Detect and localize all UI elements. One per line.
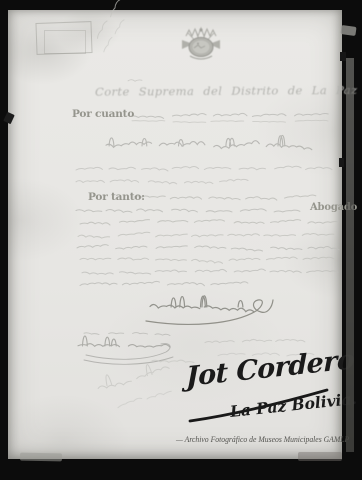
handwriting-line: [130, 113, 328, 118]
handwriting-line: [95, 0, 121, 38]
handwriting-line: [150, 296, 254, 312]
dark-fleck: [340, 52, 346, 61]
handwriting-line: [106, 135, 312, 149]
paper-smudge: [44, 30, 86, 54]
print-edge-sliver: [20, 453, 62, 462]
handwriting-line: [205, 339, 305, 342]
watermark-text: Archivo Fotográfico de Museos Municipale…: [185, 435, 350, 444]
handwriting-line: [78, 336, 170, 347]
handwriting-line: [78, 232, 334, 238]
faded-handwriting-lines: [76, 0, 339, 409]
handwriting-line: [80, 220, 338, 225]
handwriting-line: [103, 19, 125, 52]
handwriting-line: [117, 388, 171, 409]
photo-edge-blob: [340, 25, 356, 36]
handwriting-line: [128, 80, 142, 82]
handwriting-line: [76, 209, 300, 212]
handwriting-line: [80, 281, 248, 285]
handwriting-line: [84, 333, 170, 336]
print-edge-sliver: [298, 452, 342, 461]
handwriting-line: [82, 269, 338, 274]
handwriting-line: [76, 179, 248, 184]
por-cuanto-label: Por cuanto: [72, 108, 134, 120]
archival-photo-page: { "photograph": { "emblem_icon": "bolivi…: [0, 0, 362, 480]
handwriting-line: [76, 166, 332, 171]
handwriting-line: [134, 195, 316, 200]
photo-edge-strip: [346, 58, 354, 452]
document-header-line: Corte Suprema del Distrito de La Paz: [95, 83, 310, 99]
por-tanto-label: Por tanto:: [88, 191, 145, 203]
handwriting-line: [77, 245, 339, 251]
handwriting-line: [132, 120, 328, 122]
dark-fleck: [339, 158, 344, 167]
watermark-dash: —: [176, 435, 183, 444]
handwriting-line: [80, 257, 334, 263]
archive-watermark: — Archivo Fotográfico de Museos Municipa…: [176, 435, 339, 444]
bolivia-coat-of-arms-icon: [182, 28, 220, 59]
